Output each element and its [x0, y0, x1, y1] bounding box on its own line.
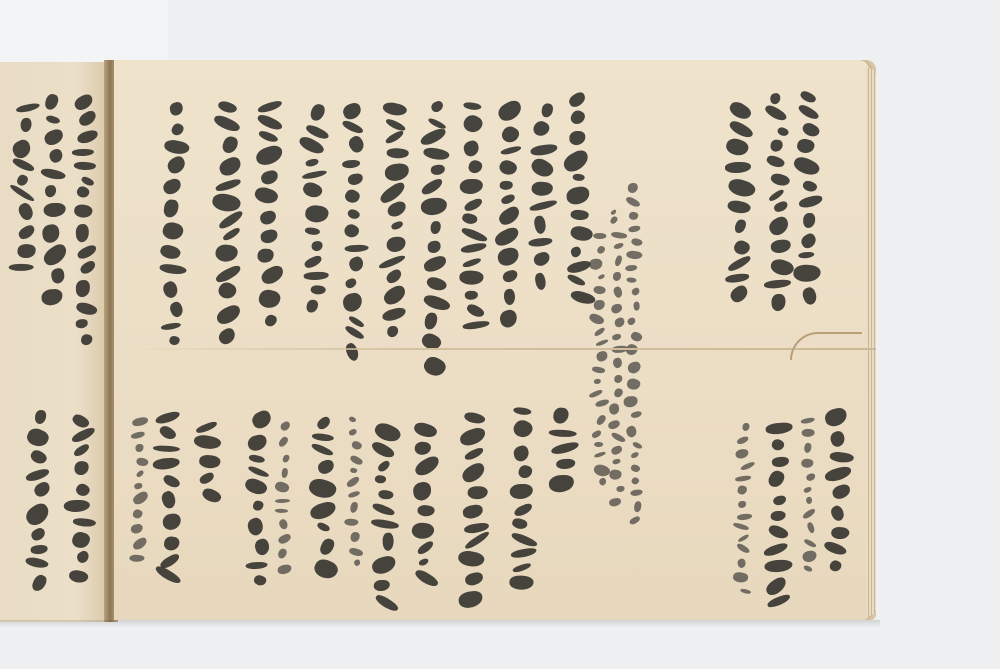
script-column: [764, 420, 794, 608]
manuscript-book: [0, 60, 878, 622]
script-column: [459, 410, 489, 610]
torn-corner: [790, 332, 862, 360]
script-column: [379, 100, 409, 340]
book-shadow: [0, 620, 880, 628]
script-column: [564, 90, 594, 305]
script-column: [40, 92, 70, 309]
script-column: [494, 100, 524, 331]
script-column: [65, 412, 95, 586]
left-page: [0, 62, 110, 622]
script-column: [794, 415, 824, 575]
right-page: [114, 60, 876, 620]
script-column: [764, 90, 794, 313]
script-column: [244, 410, 274, 588]
script-column: [70, 92, 100, 348]
script-column: [409, 420, 439, 584]
script-column: [124, 415, 154, 565]
script-column: [159, 100, 189, 347]
script-column: [509, 405, 539, 593]
script-column: [214, 100, 244, 345]
script-column: [824, 405, 854, 575]
script-column: [299, 100, 329, 316]
script-column: [459, 100, 489, 331]
script-column: [724, 100, 754, 304]
script-column: [309, 415, 339, 580]
page-edge: [866, 68, 876, 616]
script-column: [339, 100, 369, 363]
script-column: [154, 410, 184, 584]
script-column: [369, 420, 399, 608]
script-column: [10, 102, 40, 274]
script-column: [794, 90, 824, 307]
script-column: [194, 420, 224, 503]
fold-crease: [114, 348, 876, 350]
script-column: [729, 420, 759, 596]
photo-background-strip: [0, 0, 168, 62]
script-column: [549, 405, 579, 495]
script-column: [339, 415, 369, 570]
script-column: [529, 100, 559, 291]
script-column: [419, 100, 449, 378]
script-column: [254, 100, 284, 329]
script-column: [25, 407, 55, 595]
